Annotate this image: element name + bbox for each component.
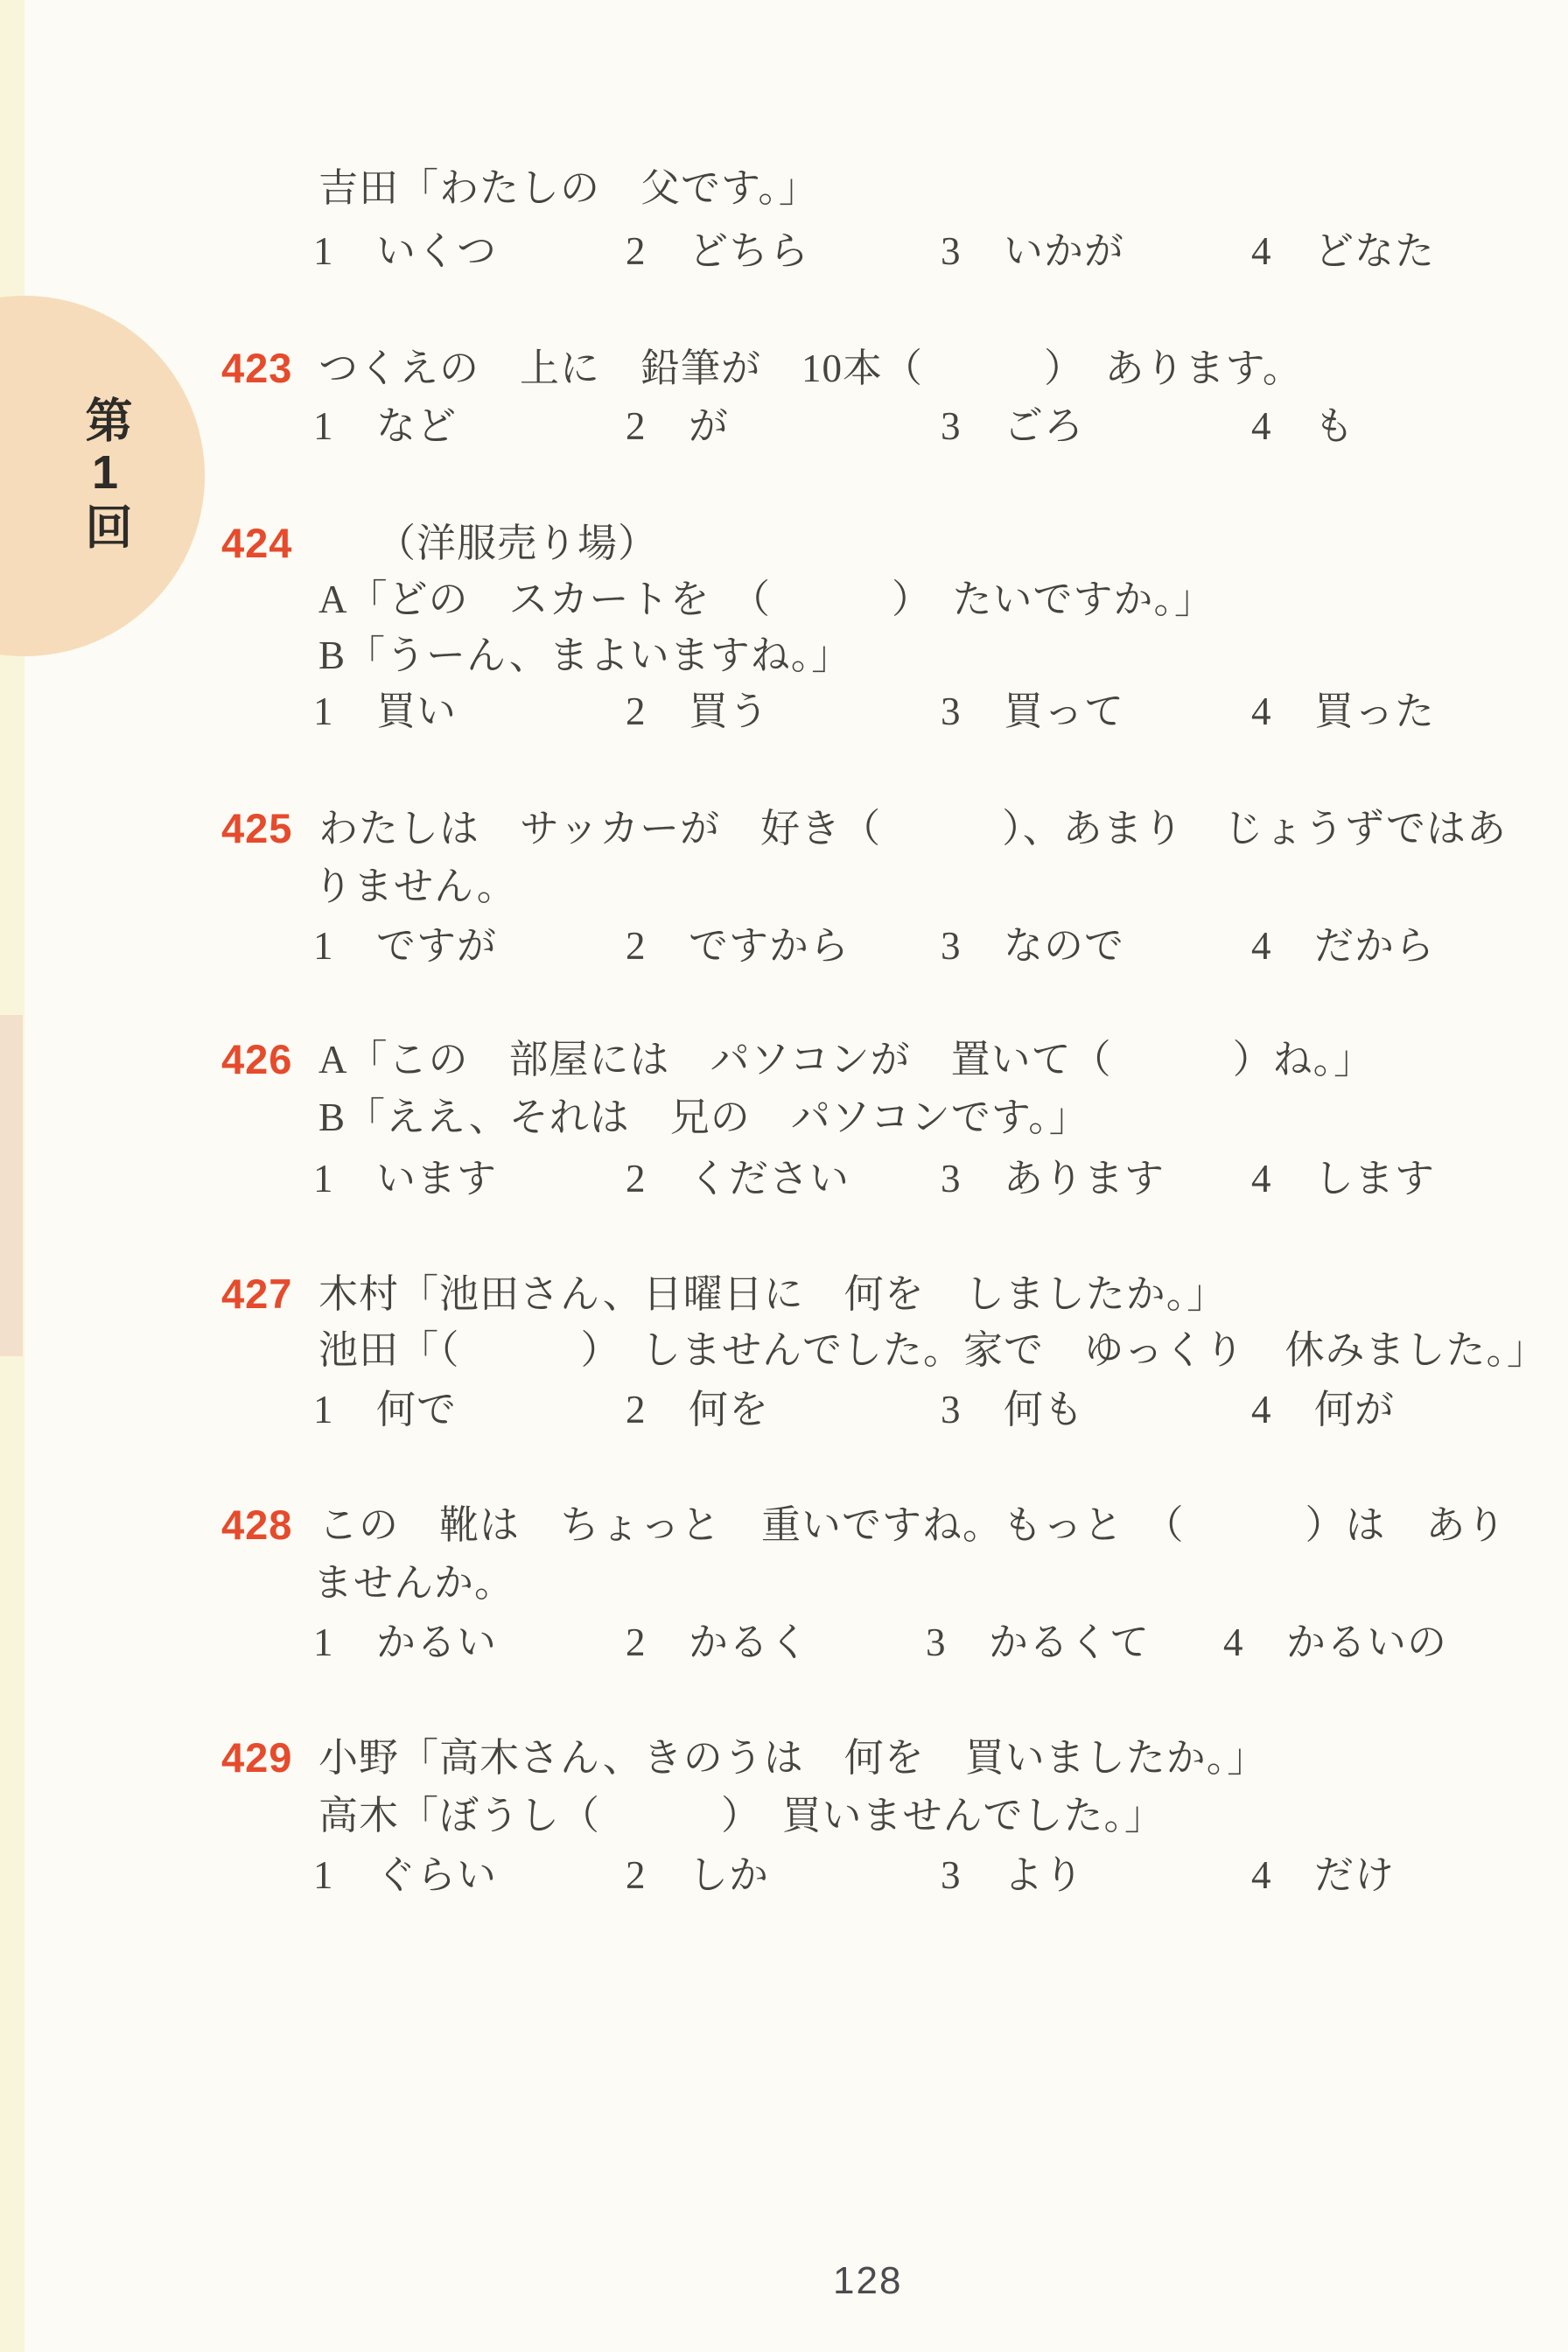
option: 1ぐらい: [313, 1850, 497, 1900]
question-line: 小野「高木さん、きのうは 何を 買いましたか。」: [318, 1732, 1267, 1783]
options-row: 1何で 2何を 3何も 4何が: [313, 1384, 1538, 1437]
page-number: 128: [833, 2259, 902, 2303]
option: 4かるいの: [1223, 1617, 1447, 1668]
question-number: 426: [221, 1034, 292, 1085]
option: 1います: [313, 1153, 497, 1204]
question-line: つくえの 上に 鉛筆が 10本（ ） あります。: [318, 343, 1303, 394]
option: 2何を: [626, 1384, 769, 1435]
options-row: 1ぐらい 2しか 3より 4だけ: [313, 1850, 1538, 1902]
question-number: 428: [221, 1500, 292, 1550]
option: 4どなた: [1251, 226, 1435, 276]
option: 2しか: [626, 1850, 769, 1900]
question-line: 高木「ぼうし（ ） 買いませんでした。」: [318, 1790, 1165, 1841]
option: 1何で: [313, 1384, 457, 1435]
option: 1ですが: [313, 920, 497, 971]
question-number: 424: [221, 518, 292, 569]
question-line: B「うーん、まよいますね。」: [318, 630, 851, 681]
option: 4だから: [1251, 920, 1435, 971]
question-line: 池田「（ ） しませんでした。家で ゆっくり 休みました。」: [318, 1325, 1547, 1375]
question-line: りません。: [313, 861, 517, 912]
question-line: わたしは サッカーが 好き（ ）、あまり じょうずではあ: [318, 803, 1507, 854]
option: 1買い: [313, 686, 457, 737]
option: 3ごろ: [941, 401, 1084, 451]
question-number: 427: [221, 1269, 292, 1319]
binding-edge-strip-accent: [0, 1015, 23, 1356]
option: 1いくつ: [313, 226, 497, 276]
option: 3あります: [941, 1153, 1165, 1204]
option: 3いかが: [941, 226, 1124, 276]
option: 2ですから: [626, 920, 850, 971]
option: 3より: [941, 1850, 1084, 1900]
question-line: ませんか。: [313, 1557, 514, 1608]
options-row: 1いくつ 2どちら 3いかが 4どなた: [313, 226, 1538, 278]
option: 4します: [1251, 1153, 1435, 1204]
question-line: （洋服売り場）: [376, 518, 658, 569]
option: 4何が: [1251, 1384, 1395, 1435]
options-row: 1買い 2買う 3買って 4買った: [313, 686, 1538, 738]
option: 4だけ: [1251, 1850, 1395, 1900]
question-number: 429: [221, 1732, 292, 1783]
option: 2ください: [626, 1153, 850, 1204]
question-line: この 靴は ちょっと 重いですね。もっと （ ）は あり: [318, 1500, 1507, 1550]
chapter-badge-label: 第1回: [79, 395, 131, 553]
options-row: 1など 2が 3ごろ 4も: [313, 401, 1538, 453]
question-number: 425: [221, 803, 292, 854]
question-line: A「この 部屋には パソコンが 置いて（ ）ね。」: [318, 1034, 1374, 1085]
workbook-page: 第1回 吉田「わたしの 父です。」 1いくつ 2どちら 3いかが 4どなた 42…: [0, 0, 1568, 2352]
options-row: 1います 2ください 3あります 4します: [313, 1153, 1538, 1206]
question-line: B「ええ、それは 兄の パソコンです。」: [318, 1092, 1089, 1143]
question-line: A「どの スカートを （ ） たいですか。」: [318, 574, 1214, 625]
question-line: 吉田「わたしの 父です。」: [318, 163, 819, 213]
question-number: 423: [221, 343, 292, 394]
option: 3かるくて: [926, 1617, 1150, 1668]
option: 2かるく: [626, 1617, 809, 1668]
question-line: 木村「池田さん、日曜日に 何を しましたか。」: [318, 1269, 1227, 1319]
option: 3なので: [941, 920, 1124, 971]
option: 2が: [626, 401, 729, 451]
option: 3何も: [941, 1384, 1084, 1435]
option: 2どちら: [626, 226, 809, 276]
options-row: 1ですが 2ですから 3なので 4だから: [313, 920, 1538, 973]
option: 1かるい: [313, 1617, 497, 1668]
option: 4も: [1251, 401, 1354, 451]
option: 4買った: [1251, 686, 1435, 737]
option: 1など: [313, 401, 457, 451]
option: 3買って: [941, 686, 1124, 737]
option: 2買う: [626, 686, 769, 737]
options-row: 1かるい 2かるく 3かるくて 4かるいの: [313, 1617, 1538, 1669]
